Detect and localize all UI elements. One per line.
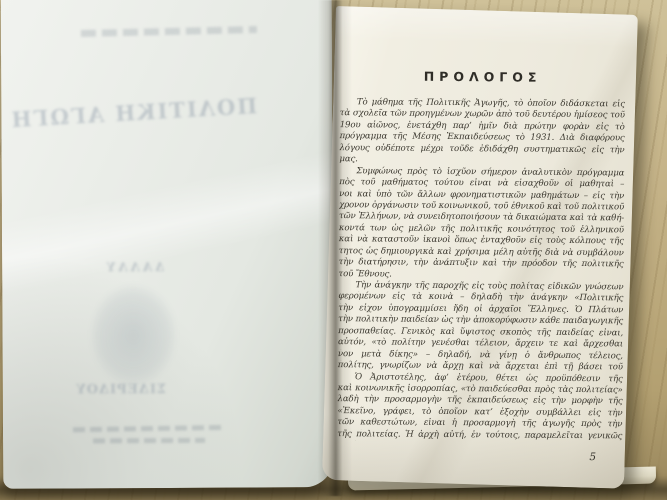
text-line: τῆς πολιτείας. Ἡ ἀρχὴ αὐτή, ἐν τούτοις, … bbox=[337, 429, 622, 443]
show-through-header-line bbox=[81, 26, 257, 37]
book-photo: ΠΟΛΙΤΙΚΗ ΑΓΩΓΗ ΔΑΛΛΥ ΣΙΔΕΡΙΔΟΥ ΠΡΟΛΟΓΟΣ … bbox=[0, 0, 667, 500]
right-page: ΠΡΟΛΟΓΟΣ Τὸ μάθημα τῆς Πολιτικῆς Ἀγωγῆς,… bbox=[322, 6, 638, 489]
left-page: ΠΟΛΙΤΙΚΗ ΑΓΩΓΗ ΔΑΛΛΥ ΣΙΔΕΡΙΔΟΥ bbox=[1, 0, 335, 489]
show-through-footer-line bbox=[93, 438, 205, 444]
show-through-publisher: ΣΙΔΕΡΙΔΟΥ bbox=[61, 382, 181, 398]
prologue-text: ΠΡΟΛΟΓΟΣ Τὸ μάθημα τῆς Πολιτικῆς Ἀγωγῆς,… bbox=[337, 68, 625, 463]
show-through-word: ΔΑΛΛΥ bbox=[94, 260, 174, 274]
page-number: 5 bbox=[337, 449, 622, 463]
prologue-heading: ΠΡΟΛΟΓΟΣ bbox=[340, 68, 625, 85]
show-through-emblem bbox=[90, 284, 177, 386]
show-through-title: ΠΟΛΙΤΙΚΗ ΑΓΩΓΗ bbox=[7, 93, 260, 132]
show-through-footer-line bbox=[73, 425, 225, 432]
